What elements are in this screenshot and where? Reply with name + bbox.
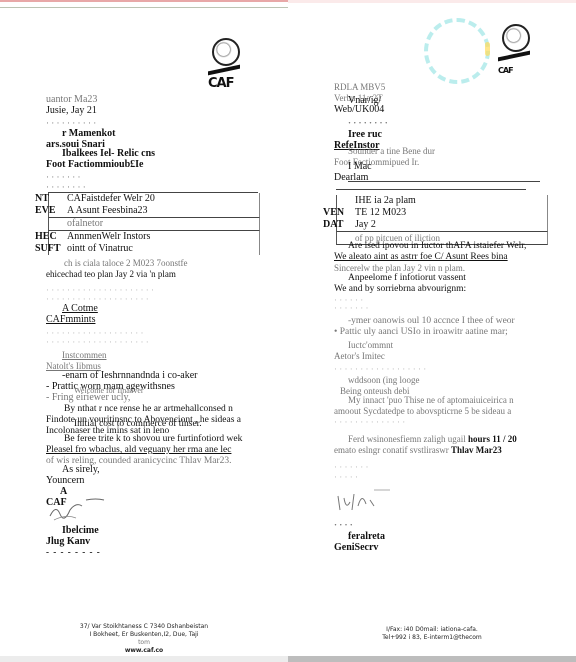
- paragraph-line: Pleasel fro wbaclus, ald veguany her rma…: [46, 445, 242, 456]
- list-item: wddsoon (ing looge: [334, 375, 426, 386]
- paragraph-bold: Thlav Mar23: [451, 445, 502, 455]
- signatory: · · · · feralreta GeniSecrv: [334, 520, 385, 553]
- section-heading-2: Instcommen Natolt's Iibmus: [46, 350, 107, 372]
- signature-scribble-icon: [46, 496, 106, 522]
- ref-value: CAFaistdefer Welr 20: [67, 193, 155, 204]
- signature-scribble-icon: [334, 488, 394, 514]
- signature: [46, 496, 106, 522]
- overlap-text: Initial cost to commerce of tinser.: [74, 419, 202, 430]
- table-rule: [336, 189, 526, 190]
- letter-header: RDLA MBV5 Verbu 11a 2T Vnar/ig/ Web/UK00…: [334, 82, 385, 115]
- heading-line: Iuctc'ommnt: [334, 340, 393, 351]
- addressee: r Mamenkot ars.soui Snari: [46, 128, 115, 150]
- paragraph-line: Findote un vouritinsnc to Abovenciont , …: [46, 415, 241, 426]
- paragraph-line: By nthat r nce rense he ar artmehallcons…: [46, 404, 241, 415]
- header-line: uantor Ma23: [46, 94, 97, 105]
- footer: 37/ Var Stoikhtaness C 7340 Dshanbeistan…: [0, 623, 288, 655]
- paragraph-line: My innact 'puo Thise ne of aptomaiuiceir…: [334, 395, 514, 406]
- ref-value: Jay 2: [355, 219, 376, 230]
- addressee-line: r Mamenkot: [46, 128, 115, 139]
- paragraph-bold: hours 11 / 20: [468, 434, 517, 444]
- ref-label: NT: [35, 193, 49, 205]
- heading-line: A Cotme: [46, 303, 98, 314]
- ref-label: HEC: [35, 231, 57, 243]
- football-icon: [212, 38, 240, 66]
- top-rule: [0, 0, 288, 2]
- reference-table: IHE ia 2a plam VENTE 12 M023 DATJay 2 of…: [336, 195, 548, 245]
- ref-value: AnnmenWelr Instors: [67, 231, 150, 242]
- ref-value: ointt of Vinatruc: [67, 243, 133, 254]
- signatory-name: Ibelcime: [46, 525, 101, 536]
- dashed-line: - - - - - - - -: [46, 547, 101, 558]
- paragraph-line: Anpeelome f infotiorut vassent: [334, 273, 466, 284]
- bottom-rule: [288, 656, 576, 662]
- paragraph-line: We and by sorriebrna abvourignm:: [334, 284, 466, 295]
- faded-line: · · · · · · · · · · · · · · · · · · · ·: [46, 337, 149, 348]
- bullet-list: -enarn of Ieshrnnandnda i co-aker - Prat…: [46, 370, 198, 403]
- letter-page-right: CAF RDLA MBV5 Verbu 11a 2T Vnar/ig/ Web/…: [288, 0, 576, 662]
- table-rule: [348, 181, 540, 182]
- list-item: -ymer oanowis oul 10 accnce I thee of we…: [334, 316, 515, 327]
- paragraph-line: We aleato aint as astrr foe C/ Asunt Ree…: [334, 252, 526, 263]
- salutation-line: I Mac: [334, 161, 372, 172]
- signatory: Ibelcime Jlug Kanv - - - - - - - -: [46, 525, 101, 558]
- paragraph-line: ehicechad teo plan Jay 2 via 'n plam: [46, 269, 187, 280]
- letter-page-left: CAF uantor Ma23 Jusie, Jay 21 · · · · · …: [0, 0, 288, 662]
- paragraph-line: amoout Sycdatedpe to abovspticrne 5 be s…: [334, 406, 514, 417]
- paragraph-1: Are ised ipovou in Iuctor thAFA istaiefe…: [334, 241, 526, 274]
- paragraph-text: Ferd wsinonesfiemn zaligh ugail: [348, 434, 468, 444]
- footer: I/Fax: i40 D0mail: iationa-cafa. Tel+992…: [288, 626, 576, 642]
- overlap-line: Sounder a tine Bene dur: [334, 146, 435, 157]
- header-faded-line: RDLA MBV5: [334, 82, 385, 93]
- overlap-text: Welcome for Iinaaver: [74, 385, 144, 396]
- faded-line: · · · · ·: [334, 472, 358, 483]
- caf-logo: CAF: [208, 30, 242, 92]
- paragraph-2: Anpeelome f infotiorut vassent We and by…: [334, 273, 466, 295]
- signatory-name: feralreta: [334, 531, 385, 542]
- paragraph-line: Be feree trite k to shovou ure furtinfot…: [46, 434, 242, 445]
- closing-line: As sirely,: [46, 464, 100, 475]
- paragraph-2: By nthat r nce rense he ar artmehallcons…: [46, 404, 241, 437]
- signatory-title: GeniSecrv: [334, 542, 385, 553]
- subject: Ibalkees Iel- Relic cns Foot Factiommiou…: [46, 148, 155, 170]
- paragraph-line: Are ised ipovou in Iuctor thAFA istaiefe…: [334, 241, 526, 252]
- bullet-intro: -enarn of Ieshrnnandnda i co-aker: [46, 370, 198, 381]
- salutation: I Mac Dearlam: [334, 161, 372, 183]
- header-line: Jusie, Jay 21: [46, 105, 97, 116]
- paragraph-3: Be feree trite k to shovou ure furtinfot…: [46, 434, 242, 467]
- heading-line: Instcommen: [46, 350, 107, 361]
- header-text: Vnar/ig/: [348, 95, 381, 106]
- ref-row: SUFTointt of Vinatruc: [48, 243, 260, 255]
- section-heading: A Cotme CAFmmints: [46, 303, 98, 325]
- faded-line: · · · · · · ·: [334, 303, 368, 314]
- bullet-list-2: · · · · · · · · · · · · · · · · · · wdds…: [334, 364, 426, 397]
- subject-line: Ibalkees Iel- Relic cns: [46, 148, 155, 159]
- paragraph-3: My innact 'puo Thise ne of aptomaiuiceir…: [334, 395, 514, 428]
- ref-value: ofalnetor: [67, 218, 103, 229]
- faded-line: · · · ·: [334, 520, 385, 531]
- footer-address: 37/ Var Stoikhtaness C 7340 Dshanbeistan: [0, 623, 288, 631]
- footer-website[interactable]: www.caf.co: [0, 647, 288, 655]
- top-rule: [288, 0, 576, 3]
- section-heading: Iuctc'ommnt Aetor's Imitec: [334, 340, 393, 362]
- bullet-list: -ymer oanowis oul 10 accnce I thee of we…: [334, 316, 515, 338]
- ref-value: TE 12 M023: [355, 207, 406, 218]
- ref-row: IHE ia 2a plam: [336, 195, 548, 207]
- ref-row: VENTE 12 M023: [336, 207, 548, 219]
- closing-line: Youncern: [46, 475, 100, 486]
- ref-label: DAT: [323, 219, 343, 231]
- footer-contact: tom: [0, 639, 288, 647]
- bullet-text: Pattic uly aanci USIo in iroawitr aatine…: [340, 327, 508, 337]
- ref-row: DATJay 2: [336, 219, 548, 231]
- ref-value: A Asunt Feesbina23: [67, 205, 148, 216]
- ref-row: HECAnnmenWelr Instors: [48, 230, 260, 243]
- reference-table: NTCAFaistdefer Welr 20 EVEA Asunt Feesbi…: [48, 193, 260, 255]
- signatory-title: Jlug Kanv: [46, 536, 101, 547]
- football-icon: [502, 24, 530, 52]
- ref-label: SUFT: [35, 243, 61, 255]
- paragraph-line: Ferd wsinonesfiemn zaligh ugail hours 11…: [334, 434, 517, 445]
- ref-row: NTCAFaistdefer Welr 20: [48, 193, 260, 205]
- caf-logo: CAF: [498, 16, 532, 78]
- faded-line: · · · · · · · · · · · · · · · · · ·: [334, 364, 426, 375]
- ref-value: IHE ia 2a plam: [355, 195, 416, 206]
- logo-text: CAF: [208, 76, 233, 91]
- heading-line: Aetor's Imitec: [334, 351, 393, 362]
- logo-text: CAF: [498, 66, 513, 75]
- faded-line: · · · · · · · ·: [334, 118, 388, 129]
- list-item: • Pattic uly aanci USIo in iroawitr aati…: [334, 327, 515, 338]
- paragraph-text: emato eslngr conatif svstliraswr: [334, 445, 451, 455]
- logo-wing-icon: [498, 51, 530, 68]
- list-item: - Prattic worn mam agewithsnes Welcome f…: [46, 381, 198, 392]
- addressee-line: Iree ruc: [334, 129, 388, 140]
- paragraph-4: Ferd wsinonesfiemn zaligh ugail hours 11…: [334, 434, 517, 456]
- heading-line: CAFmmints: [46, 314, 98, 325]
- footer-address: I Bokheet, Er Buskenten,I2, Due, Taji: [0, 631, 288, 639]
- ref-row: ofalnetor: [48, 217, 260, 230]
- subject-line: Foot Factiommioub£Ie: [46, 159, 155, 170]
- header-line: Verbu 11a 2T Vnar/ig/: [334, 93, 385, 104]
- top-rule-secondary: [0, 7, 288, 8]
- bottom-rule: [0, 656, 288, 662]
- footer-contact: I/Fax: i40 D0mail: iationa-cafa.: [288, 626, 576, 634]
- watermark-ring-icon: [424, 18, 490, 84]
- letter-header: uantor Ma23 Jusie, Jay 21: [46, 94, 97, 116]
- paragraph-line: ch is ciala taloce 2 M023 7oonstfe: [46, 258, 187, 269]
- faded-line: · · · · · · · · · · · · · ·: [334, 417, 514, 428]
- footer-contact: Tel+992 i 83, E-interm1@thecom: [288, 634, 576, 642]
- ref-label: EVE: [35, 205, 56, 217]
- signature: [334, 488, 394, 514]
- ref-row: EVEA Asunt Feesbina23: [48, 205, 260, 217]
- ref-label: VEN: [323, 207, 344, 219]
- paragraph-line: emato eslngr conatif svstliraswr Thlav M…: [334, 445, 517, 456]
- paragraph-1: ch is ciala taloce 2 M023 7oonstfe ehice…: [46, 258, 187, 280]
